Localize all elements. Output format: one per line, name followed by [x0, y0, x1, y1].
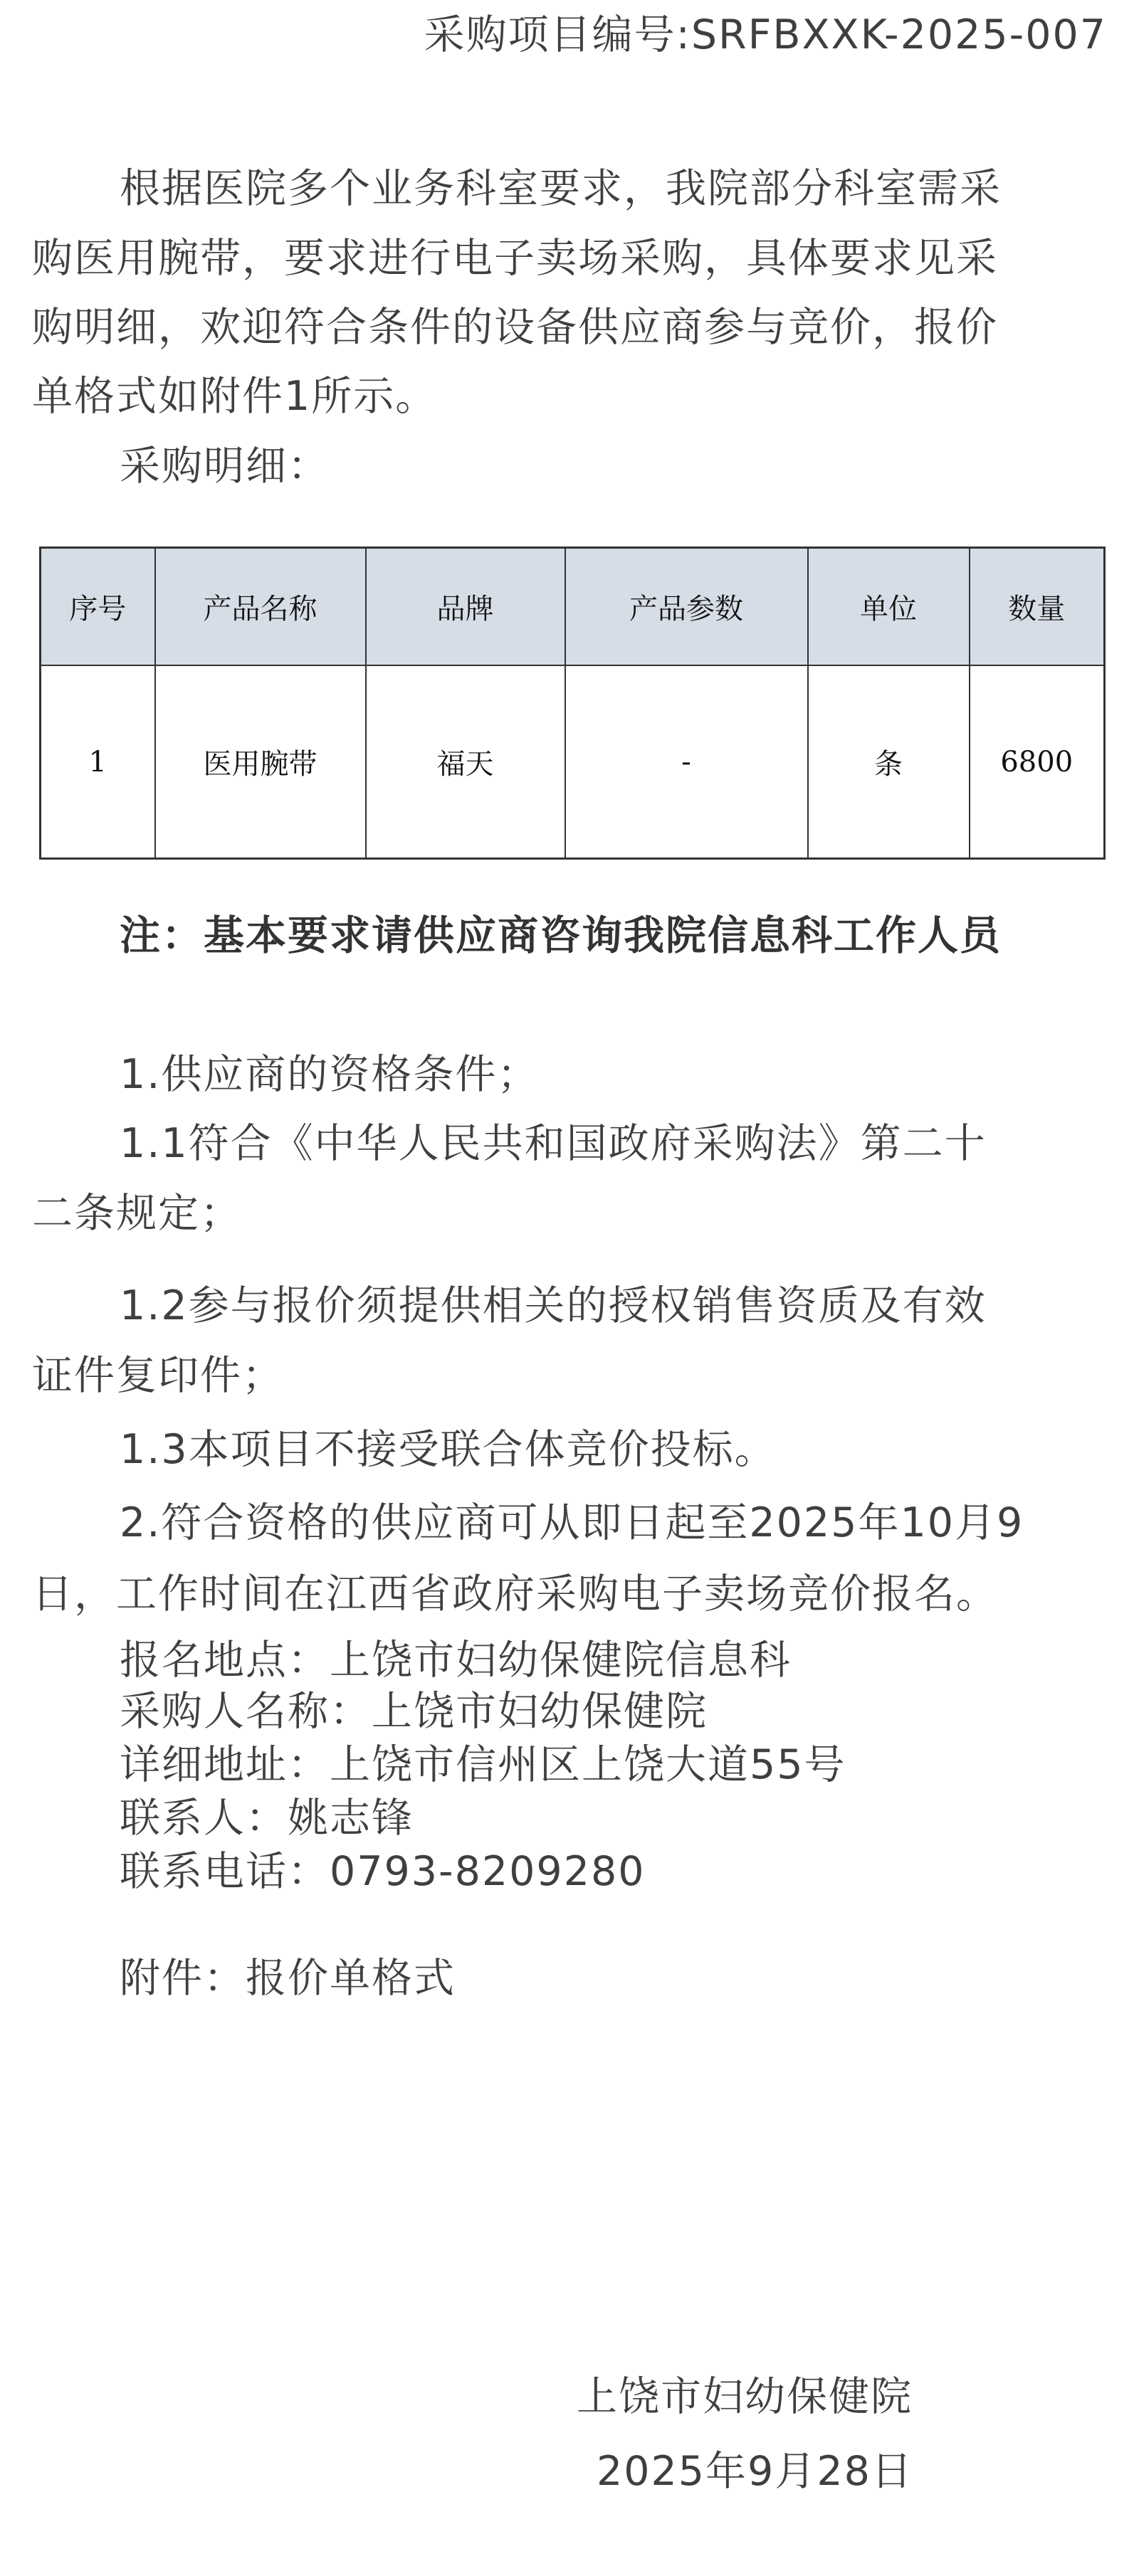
- requirement-line: 二条规定；: [32, 1188, 242, 1238]
- procurement-table: 序号 产品名称 品牌 产品参数 单位 数量 1 医用腕带 福天 - 条 6800: [39, 547, 1106, 860]
- detail-label: 采购明细：: [120, 441, 330, 491]
- header-unit: 单位: [808, 548, 970, 666]
- cell-quantity: 6800: [970, 665, 1105, 859]
- purchaser-name: 采购人名称：上饶市妇幼保健院: [120, 1686, 708, 1736]
- requirement-line: 1.3本项目不接受联合体竞价投标。: [120, 1425, 777, 1474]
- table-row: 1 医用腕带 福天 - 条 6800: [41, 665, 1105, 859]
- requirement-line: 1.2参与报价须提供相关的授权销售资质及有效: [120, 1281, 987, 1331]
- note: 注：基本要求请供应商咨询我院信息科工作人员: [120, 911, 1002, 961]
- cell-brand: 福天: [366, 665, 565, 859]
- project-number: 采购项目编号:SRFBXXK-2025-007: [424, 10, 1107, 60]
- intro-line: 单格式如附件1所示。: [32, 371, 437, 421]
- cell-parameters: -: [565, 665, 808, 859]
- header-brand: 品牌: [366, 548, 565, 666]
- intro-line: 购明细，欢迎符合条件的设备供应商参与竞价，报价: [32, 302, 998, 352]
- contact-phone: 联系电话：0793-8209280: [120, 1847, 645, 1896]
- requirement-line: 日，工作时间在江西省政府采购电子卖场竞价报名。: [32, 1569, 998, 1619]
- table-header-row: 序号 产品名称 品牌 产品参数 单位 数量: [41, 548, 1105, 666]
- cell-product-name: 医用腕带: [155, 665, 366, 859]
- signature-date: 2025年9月28日: [597, 2446, 913, 2496]
- registration-location: 报名地点：上饶市妇幼保健院信息科: [120, 1635, 792, 1685]
- requirement-line: 1.1符合《中华人民共和国政府采购法》第二十: [120, 1119, 987, 1168]
- requirement-line: 1.供应商的资格条件；: [120, 1050, 539, 1099]
- attachment-label: 附件：报价单格式: [120, 1953, 456, 2003]
- contact-person: 联系人：姚志锋: [120, 1793, 414, 1843]
- header-parameters: 产品参数: [565, 548, 808, 666]
- header-product-name: 产品名称: [155, 548, 366, 666]
- intro-line: 根据医院多个业务科室要求，我院部分科室需采: [120, 164, 1002, 213]
- cell-index: 1: [41, 665, 155, 859]
- header-index: 序号: [41, 548, 155, 666]
- detailed-address: 详细地址：上饶市信州区上饶大道55号: [120, 1740, 846, 1790]
- cell-unit: 条: [808, 665, 970, 859]
- signature-org: 上饶市妇幼保健院: [577, 2372, 913, 2422]
- requirement-line: 2.符合资格的供应商可从即日起至2025年10月9: [120, 1498, 1024, 1548]
- intro-line: 购医用腕带，要求进行电子卖场采购，具体要求见采: [32, 233, 998, 283]
- header-quantity: 数量: [970, 548, 1105, 666]
- requirement-line: 证件复印件；: [32, 1351, 284, 1400]
